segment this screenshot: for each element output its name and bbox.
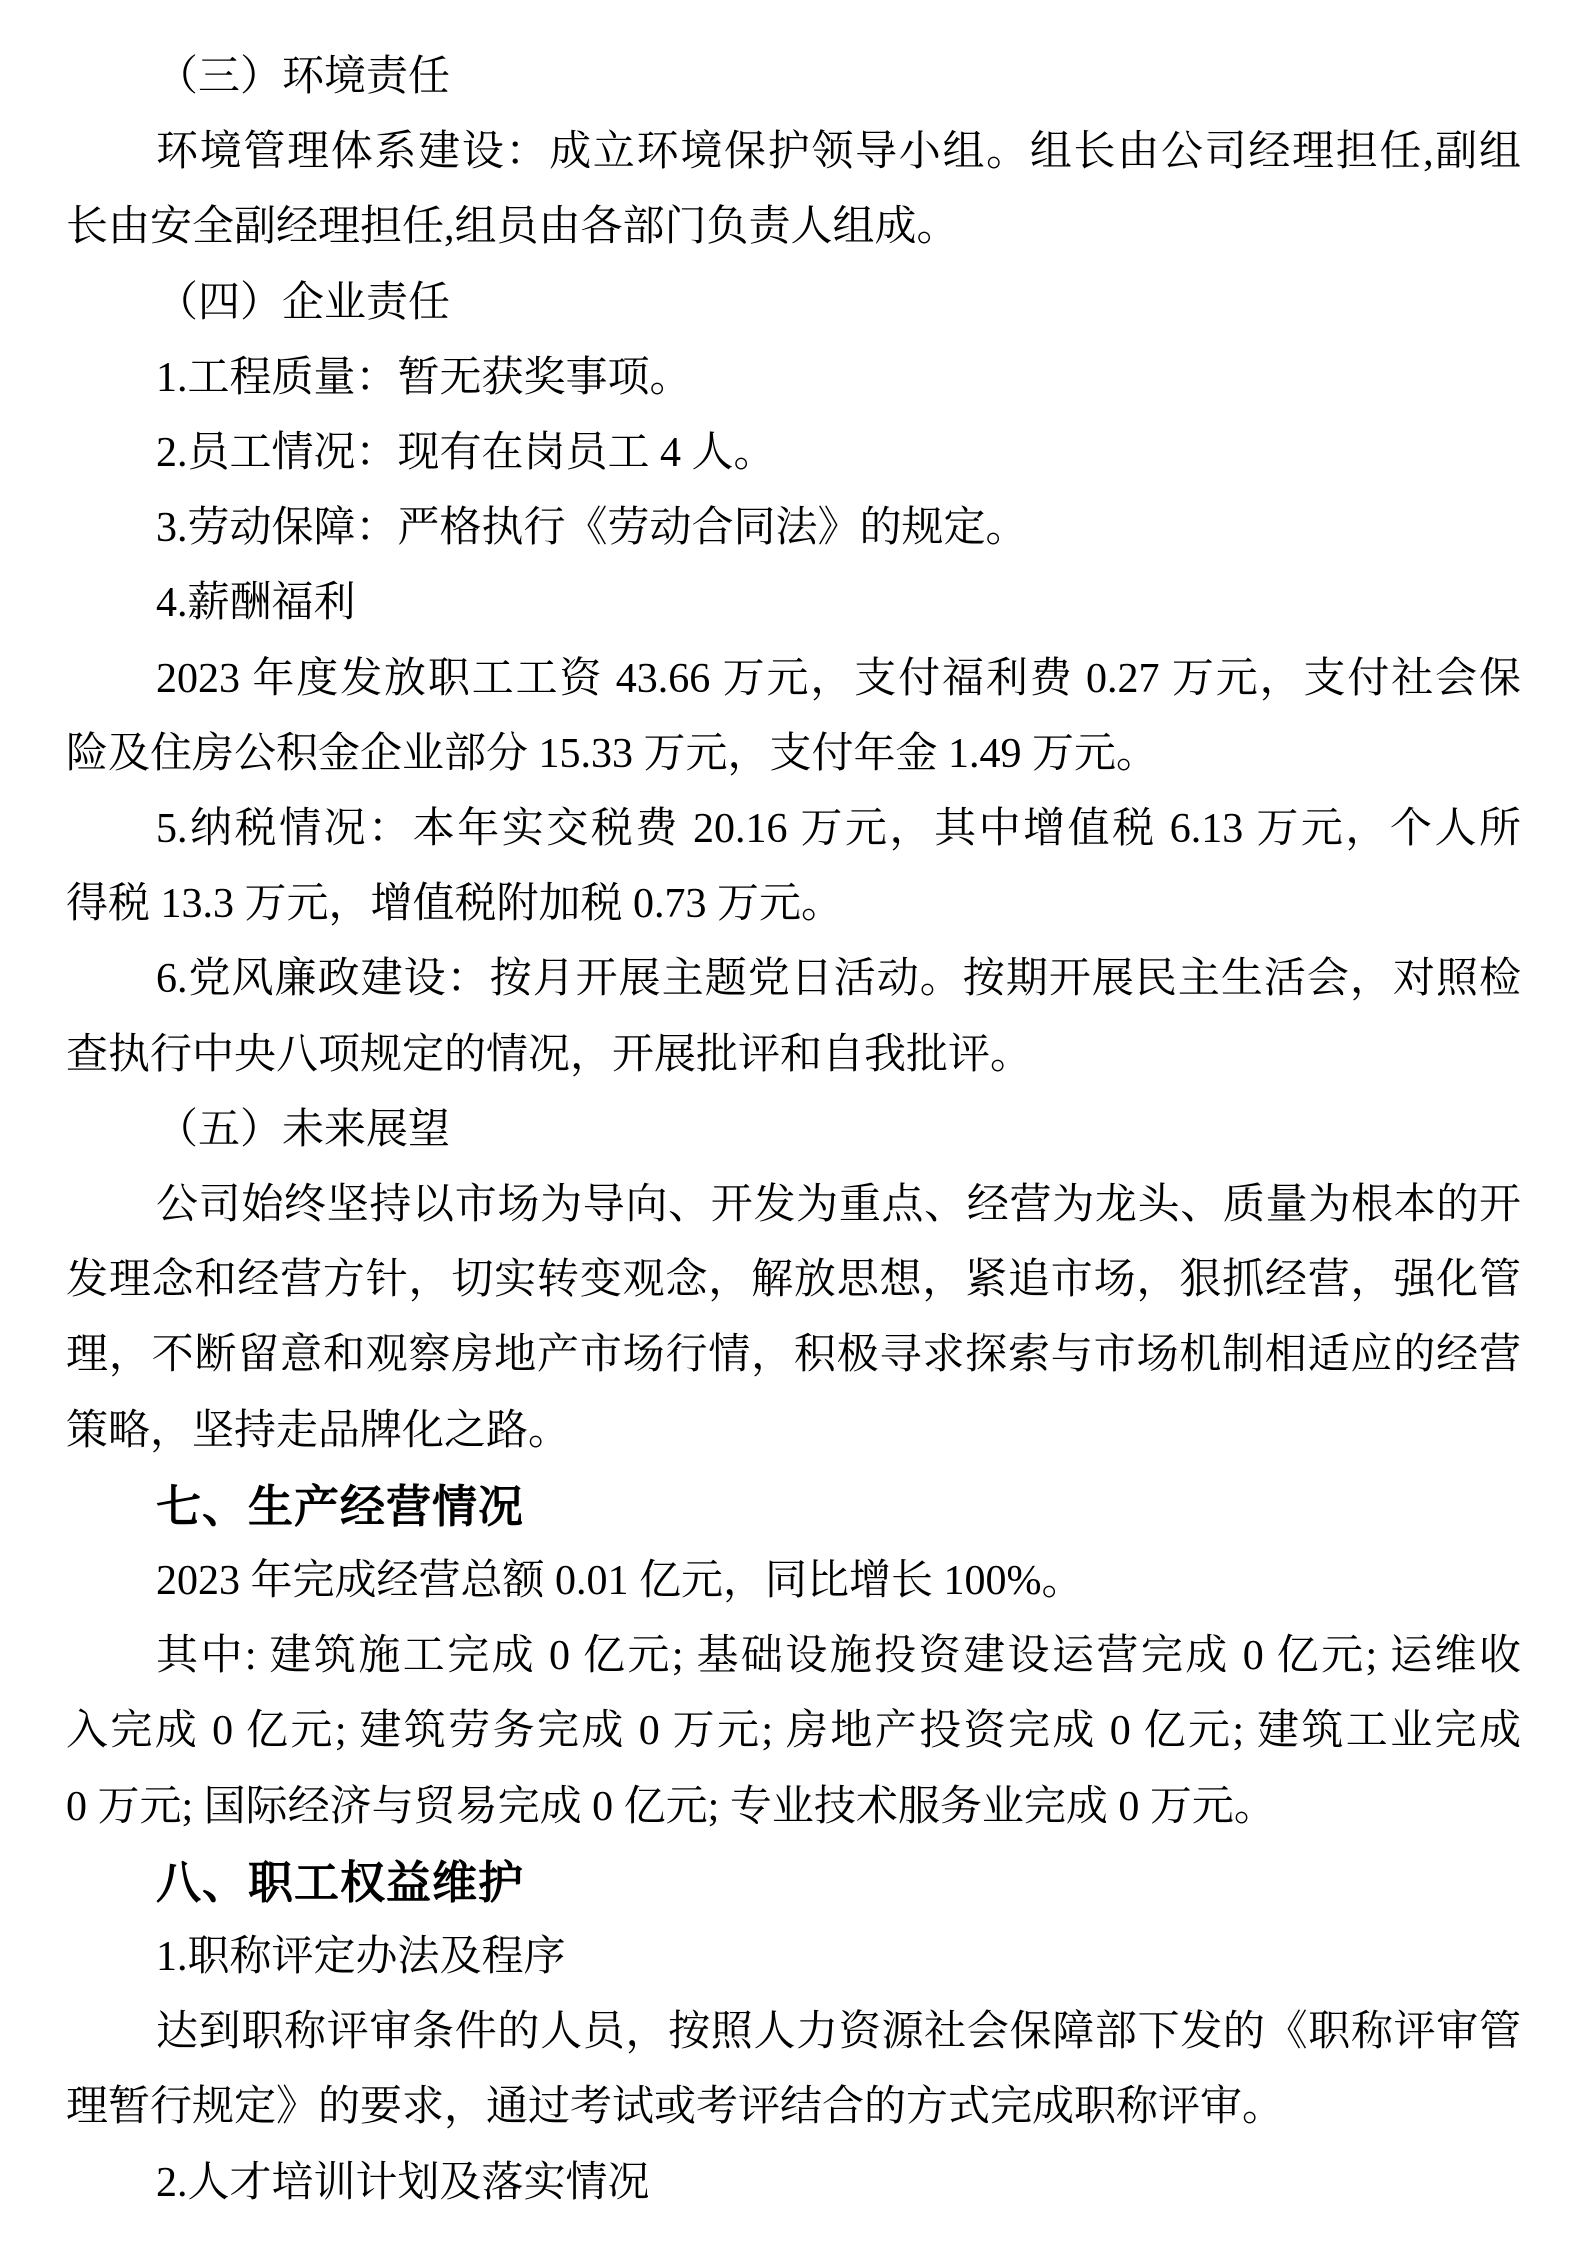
outlook-line-1: 公司始终坚持以市场为导向、开发为重点、经营为龙头、质量为根本的开 (66, 1168, 1521, 1243)
document-page: （三）环境责任 环境管理体系建设：成立环境保护领导小组。组长由公司经理担任,副组… (0, 0, 1587, 2245)
compensation-detail-line-1: 2023 年度发放职工工资 43.66 万元，支付福利费 0.27 万元，支付社… (66, 642, 1521, 717)
party-conduct-line-1: 6.党风廉政建设：按月开展主题党日活动。按期开展民主生活会，对照检 (66, 942, 1521, 1017)
item-title-evaluation: 1.职称评定办法及程序 (66, 1920, 1521, 1995)
item-compensation-welfare: 4.薪酬福利 (66, 566, 1521, 641)
party-conduct-line-2: 查执行中央八项规定的情况，开展批评和自我批评。 (66, 1018, 1521, 1093)
outlook-line-4: 策略，坚持走品牌化之路。 (66, 1394, 1521, 1469)
section-heading-5-outlook: （五）未来展望 (66, 1093, 1521, 1168)
item-project-quality: 1.工程质量：暂无获奖事项。 (66, 341, 1521, 416)
outlook-line-2: 发理念和经营方针，切实转变观念，解放思想，紧追市场，狠抓经营，强化管 (66, 1243, 1521, 1318)
tax-status-line-1: 5.纳税情况：本年实交税费 20.16 万元，其中增值税 6.13 万元，个人所 (66, 792, 1521, 867)
production-breakdown-line-3: 0 万元; 国际经济与贸易完成 0 亿元; 专业技术服务业完成 0 万元。 (66, 1770, 1521, 1845)
production-breakdown-line-2: 入完成 0 亿元; 建筑劳务完成 0 万元; 房地产投资完成 0 亿元; 建筑工… (66, 1694, 1521, 1769)
production-total-line: 2023 年完成经营总额 0.01 亿元，同比增长 100%。 (66, 1544, 1521, 1619)
outlook-line-3: 理，不断留意和观察房地产市场行情，积极寻求探索与市场机制相适应的经营 (66, 1318, 1521, 1393)
env-management-line-1: 环境管理体系建设：成立环境保护领导小组。组长由公司经理担任,副组 (66, 115, 1521, 190)
item-talent-training: 2.人才培训计划及落实情况 (66, 2146, 1521, 2221)
chapter-heading-8-rights: 八、职工权益维护 (66, 1845, 1521, 1920)
title-evaluation-line-1: 达到职称评审条件的人员，按照人力资源社会保障部下发的《职称评审管 (66, 1995, 1521, 2070)
tax-status-line-2: 得税 13.3 万元，增值税附加税 0.73 万元。 (66, 867, 1521, 942)
section-heading-3-environment: （三）环境责任 (66, 40, 1521, 115)
production-breakdown-line-1: 其中: 建筑施工完成 0 亿元; 基础设施投资建设运营完成 0 亿元; 运维收 (66, 1619, 1521, 1694)
env-management-line-2: 长由安全副经理担任,组员由各部门负责人组成。 (66, 190, 1521, 265)
title-evaluation-line-2: 理暂行规定》的要求，通过考试或考评结合的方式完成职称评审。 (66, 2070, 1521, 2145)
item-labor-protection: 3.劳动保障：严格执行《劳动合同法》的规定。 (66, 491, 1521, 566)
item-employee-status: 2.员工情况：现有在岗员工 4 人。 (66, 416, 1521, 491)
section-heading-4-enterprise: （四）企业责任 (66, 266, 1521, 341)
compensation-detail-line-2: 险及住房公积金企业部分 15.33 万元，支付年金 1.49 万元。 (66, 717, 1521, 792)
chapter-heading-7-production: 七、生产经营情况 (66, 1469, 1521, 1544)
